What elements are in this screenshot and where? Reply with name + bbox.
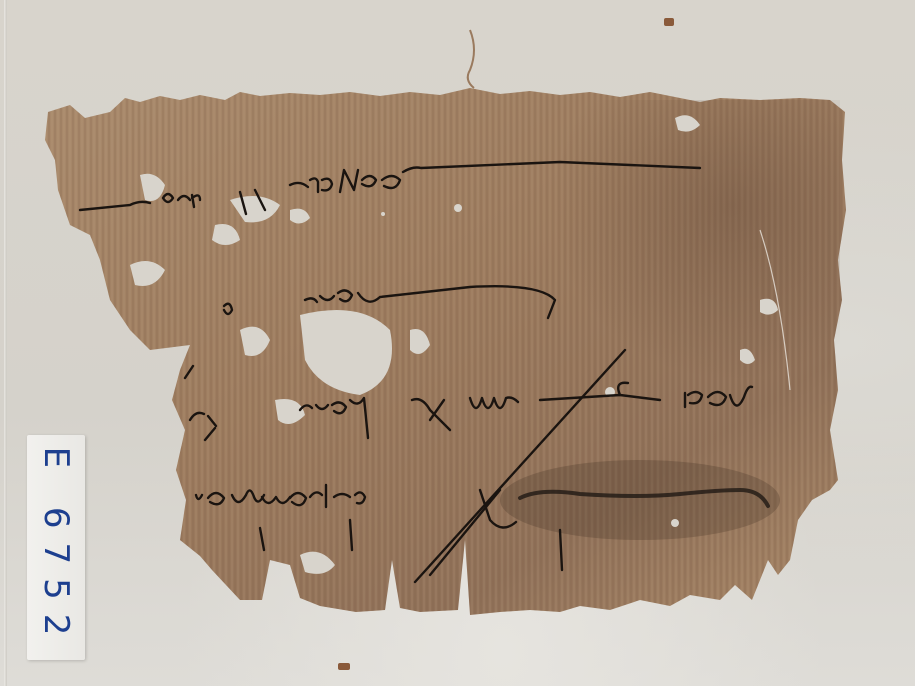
papyrus-crumb (338, 663, 350, 670)
papyrus-fragment (0, 0, 915, 686)
inventory-label: E 6752 (27, 435, 85, 660)
stray-fiber (468, 30, 474, 88)
papyrus-crumb (664, 18, 674, 26)
inventory-number: E 6752 (36, 446, 76, 649)
